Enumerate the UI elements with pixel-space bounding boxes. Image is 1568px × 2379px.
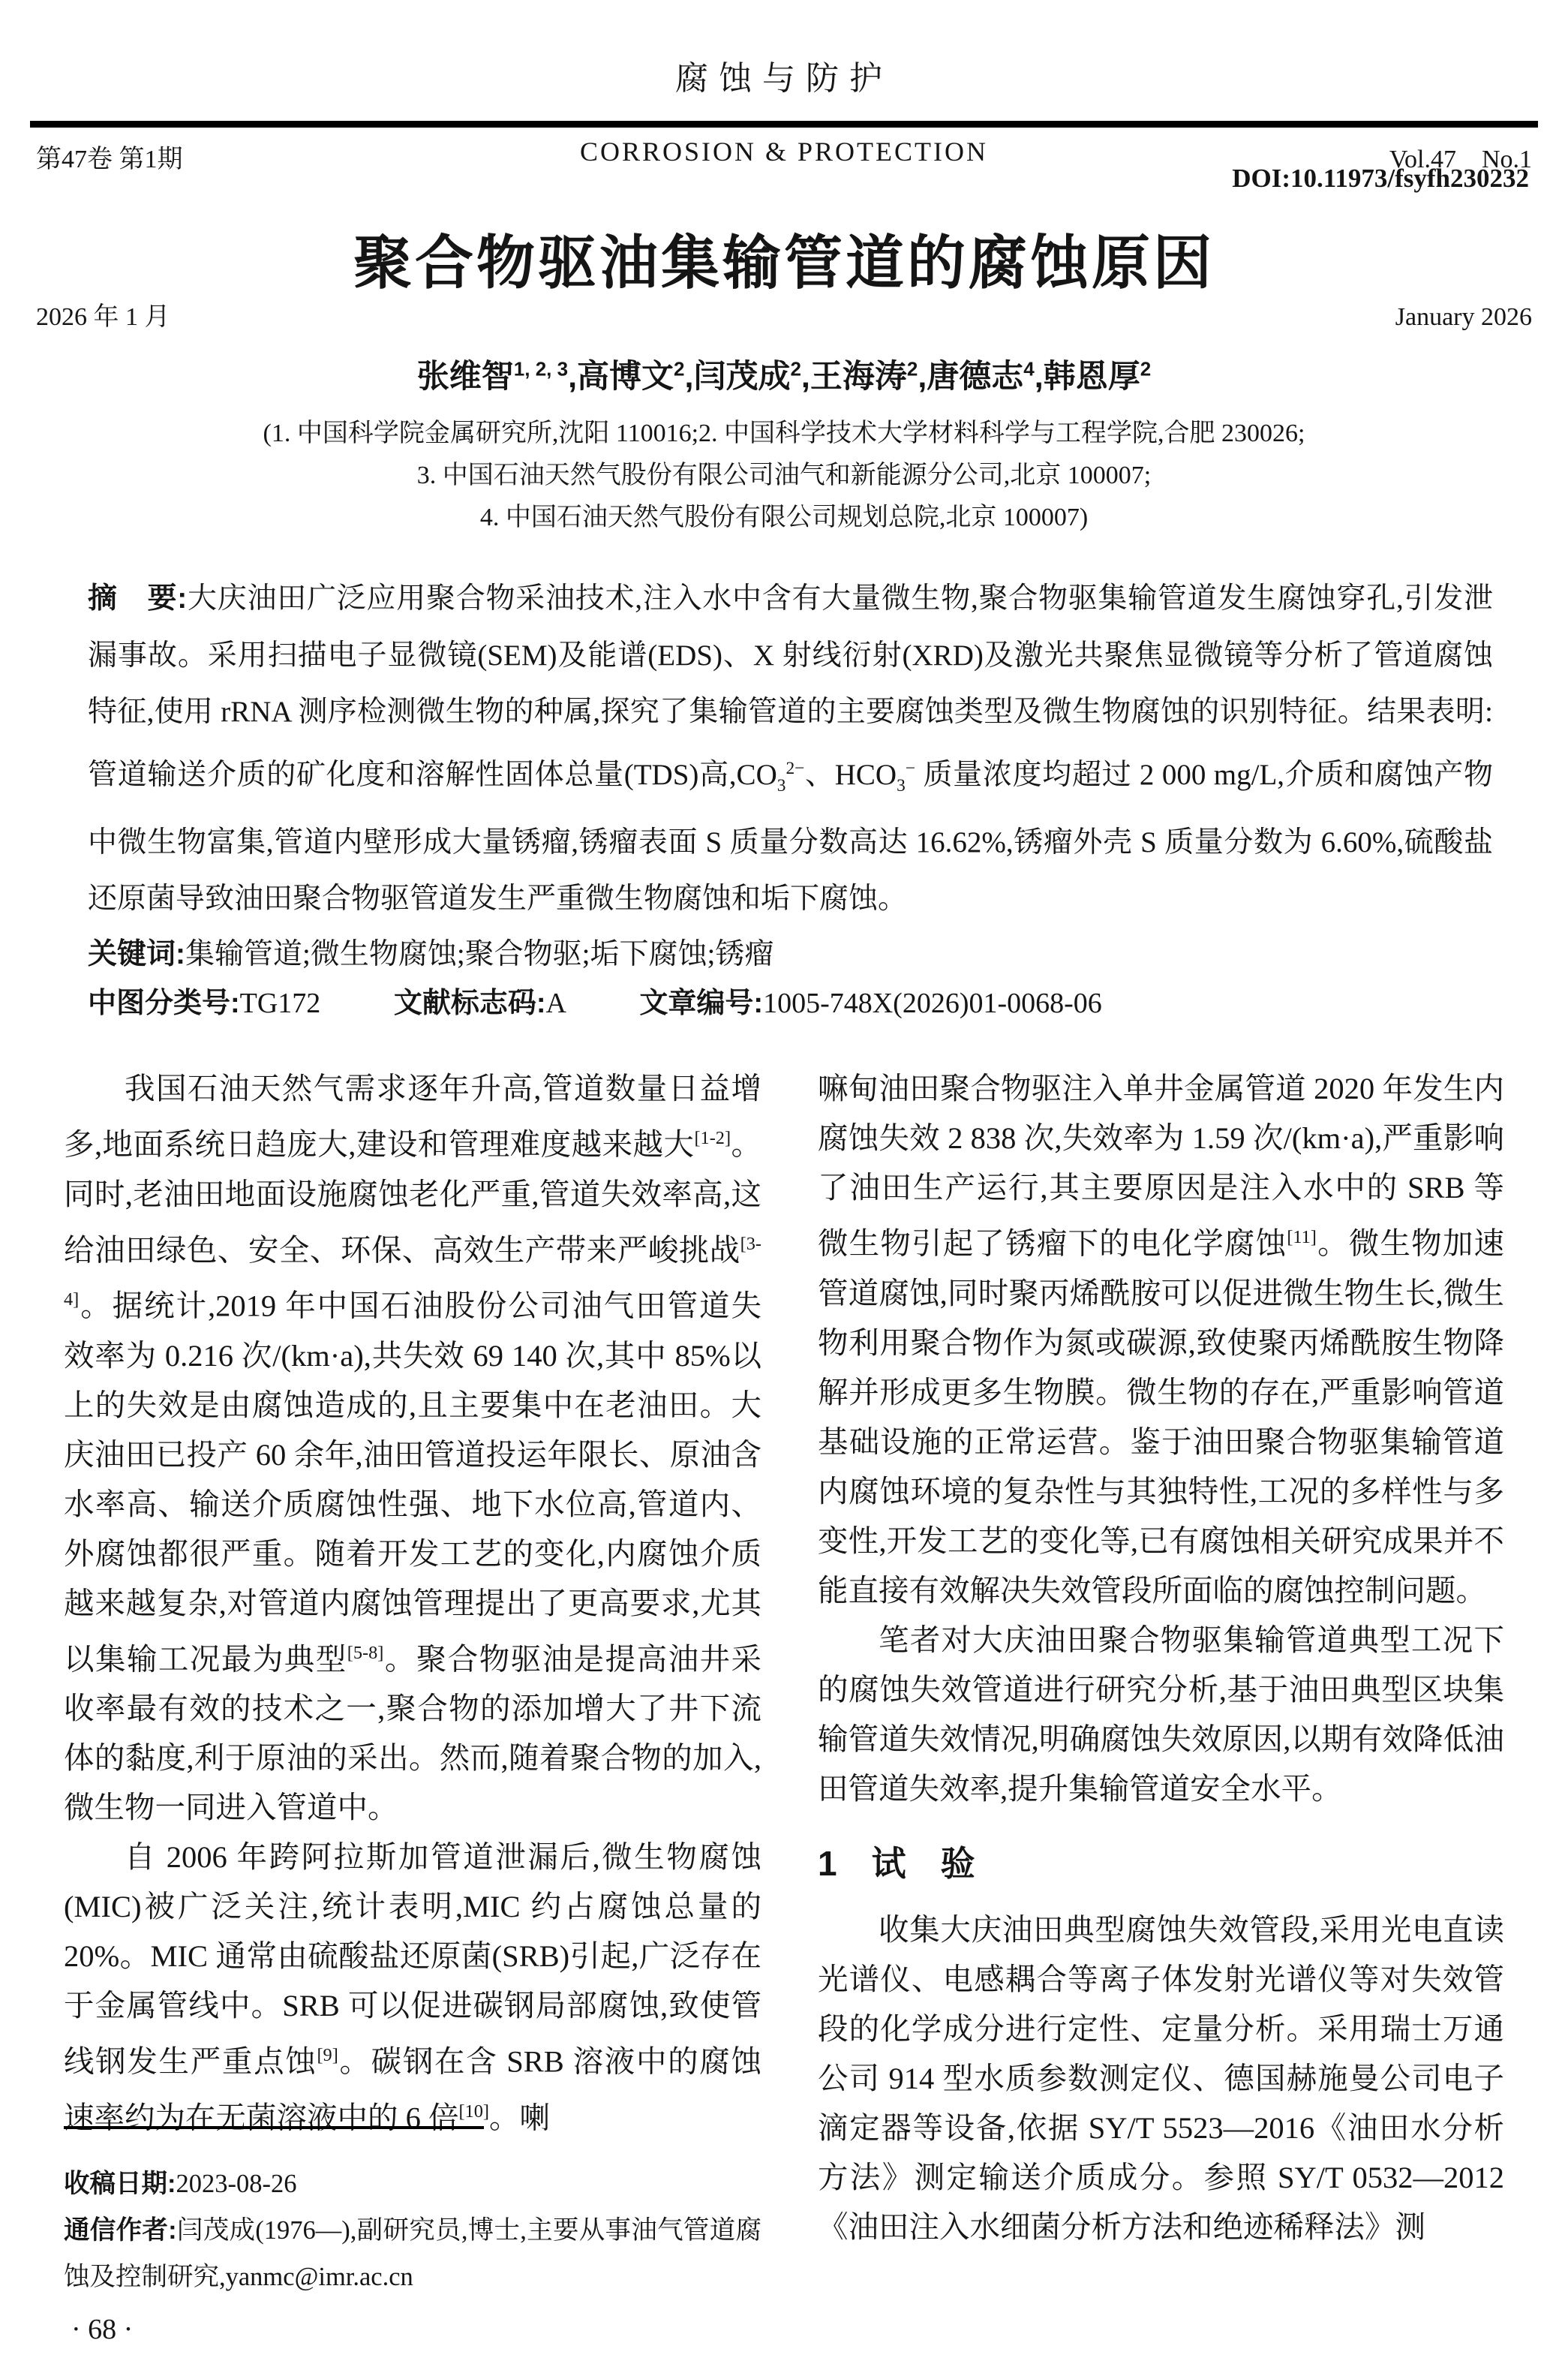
clc-value: TG172	[240, 988, 321, 1019]
abstract-label: 摘 要:	[88, 582, 187, 615]
journal-name-block: 腐蚀与防护 CORROSION & PROTECTION	[580, 29, 988, 201]
affiliation-line: 4. 中国石油天然气股份有限公司规划总院,北京 100007)	[0, 497, 1568, 539]
author-list: 张维智1, 2, 3,高博文2,闫茂成2,王海涛2,唐德志4,韩恩厚2	[0, 351, 1568, 397]
first-page-footnote: 收稿日期:2023-08-26 通信作者:闫茂成(1976—),副研究员,博士,…	[64, 2126, 761, 2300]
article-id-value: 1005-748X(2026)01-0068-06	[763, 988, 1102, 1019]
abstract-text: 大庆油田广泛应用聚合物采油技术,注入水中含有大量微生物,聚合物驱集输管道发生腐蚀…	[88, 582, 1493, 915]
keywords-line: 关键词:集输管道;微生物腐蚀;聚合物驱;垢下腐蚀;锈瘤	[88, 931, 1493, 973]
corresponding-author-label: 通信作者:	[64, 2216, 177, 2245]
affiliation-list: (1. 中国科学院金属研究所,沈阳 110016;2. 中国科学技术大学材料科学…	[0, 413, 1568, 539]
article-title: 聚合物驱油集输管道的腐蚀原因	[0, 216, 1568, 300]
footnote-rule	[64, 2126, 484, 2129]
article-id-label: 文章编号:	[639, 988, 763, 1019]
body-paragraph: 笔者对大庆油田聚合物驱集输管道典型工况下的腐蚀失效管道进行研究分析,基于油田典型…	[818, 1616, 1504, 1814]
keywords-label: 关键词:	[88, 938, 185, 970]
body-left-column: 我国石油天然气需求逐年升高,管道数量日益增多,地面系统日趋庞大,建设和管理难度越…	[64, 1064, 761, 2252]
body-columns: 我国石油天然气需求逐年升高,管道数量日益增多,地面系统日趋庞大,建设和管理难度越…	[64, 1064, 1504, 2252]
affiliation-line: (1. 中国科学院金属研究所,沈阳 110016;2. 中国科学技术大学材料科学…	[0, 413, 1568, 455]
body-paragraph: 我国石油天然气需求逐年升高,管道数量日益增多,地面系统日趋庞大,建设和管理难度越…	[64, 1064, 761, 1833]
journal-name-cn: 腐蚀与防护	[580, 56, 988, 102]
page-number: · 68 ·	[71, 2313, 133, 2346]
received-date-line: 收稿日期:2023-08-26	[64, 2161, 761, 2207]
volume-issue-cn: 第47卷 第1期	[36, 134, 183, 186]
corresponding-author-line: 通信作者:闫茂成(1976—),副研究员,博士,主要从事油气管道腐蚀及控制研究,…	[64, 2207, 761, 2300]
body-paragraph: 自 2006 年跨阿拉斯加管道泄漏后,微生物腐蚀(MIC)被广泛关注,统计表明,…	[64, 1833, 761, 2143]
doc-code-value: A	[545, 988, 566, 1019]
section-heading-experiment: 1 试 验	[818, 1836, 1504, 1886]
received-date-value: 2023-08-26	[176, 2170, 297, 2198]
classification-line: 中图分类号:TG172 文献标志码:A 文章编号:1005-748X(2026)…	[88, 979, 1493, 1021]
journal-name-en: CORROSION & PROTECTION	[580, 129, 988, 174]
doi-label: DOI:10.11973/fsyfh230232	[1232, 164, 1529, 194]
clc-label: 中图分类号:	[88, 988, 240, 1019]
keywords-value: 集输管道;微生物腐蚀;聚合物驱;垢下腐蚀;锈瘤	[185, 938, 773, 970]
doc-code-label: 文献标志码:	[394, 988, 546, 1019]
affiliation-line: 3. 中国石油天然气股份有限公司油气和新能源分公司,北京 100007;	[0, 455, 1568, 497]
received-date-label: 收稿日期:	[64, 2170, 176, 2198]
abstract-block: 摘 要:大庆油田广泛应用聚合物采油技术,注入水中含有大量微生物,聚合物驱集输管道…	[88, 570, 1493, 928]
body-paragraph: 嘛甸油田聚合物驱注入单井金属管道 2020 年发生内腐蚀失效 2 838 次,失…	[818, 1064, 1504, 1616]
journal-article-page: 第47卷 第1期 2026 年 1 月 腐蚀与防护 CORROSION & PR…	[0, 0, 1568, 2379]
body-right-column: 嘛甸油田聚合物驱注入单井金属管道 2020 年发生内腐蚀失效 2 838 次,失…	[818, 1064, 1504, 2252]
header-divider-rule	[30, 121, 1538, 128]
body-paragraph: 收集大庆油田典型腐蚀失效管段,采用光电直读光谱仪、电感耦合等离子体发射光谱仪等对…	[818, 1905, 1504, 2252]
